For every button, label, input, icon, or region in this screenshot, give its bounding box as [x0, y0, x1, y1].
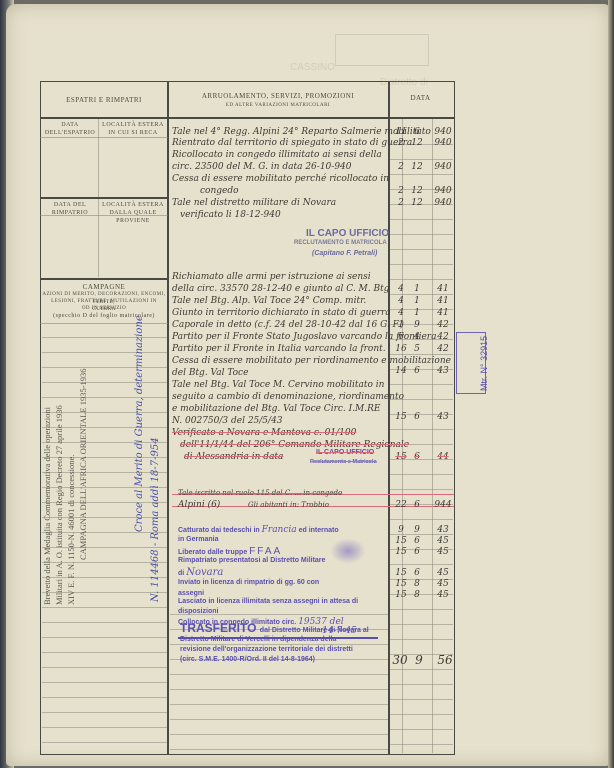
struck-entry: dell'11/1/44 del 206° Comando Militare R…	[180, 440, 409, 451]
date-year: 41	[432, 296, 454, 306]
leave-line: Inviato in licenza di rimpatrio di gg. 6…	[178, 579, 319, 586]
entry-text: del Btg. Val Toce	[172, 368, 248, 379]
date-year: 940	[432, 198, 454, 208]
date-year: 944	[432, 500, 454, 510]
entry-text: Richiamato alle armi per istruzione ai s…	[172, 272, 371, 283]
ghost-box	[335, 34, 429, 66]
struck-inscription: Tale iscritto nel ruolo 115 del C. ... i…	[178, 488, 342, 499]
date-year: 940	[432, 162, 454, 172]
campaign-medal-line2: Militari in A. O. istituita con Regio De…	[54, 405, 64, 605]
entry-text: Giunto in territorio dichiarato in stato…	[172, 308, 391, 319]
date-year: 43	[432, 366, 454, 376]
transfer-line1: dal Distretto Militare di Novara al	[260, 627, 369, 634]
entry-text: Tale nel distretto militare di Novara	[172, 198, 336, 209]
entry-text: Ricollocato in congedo illimitato ai sen…	[172, 150, 382, 161]
date-month: 12	[406, 186, 428, 196]
date-year: 940	[432, 127, 454, 137]
date-month: 12	[406, 138, 428, 148]
struck-residence: Gli abitanti in: Trobbio	[248, 500, 329, 511]
date-year: 42	[432, 332, 454, 342]
liberated-label: Liberato dalle truppe	[178, 549, 247, 556]
office-stamp-signature: (Capitano F. Petrali)	[312, 250, 377, 257]
stamp2-title: IL CAPO UFFICIO	[316, 449, 374, 456]
date-month: 4	[406, 332, 428, 342]
district-line: di Novara	[178, 567, 223, 578]
entry-text: e mobilitazione del Btg. Val Toce Circ. …	[172, 404, 380, 415]
date-month: 9	[406, 525, 428, 535]
ink-smudge	[330, 538, 366, 564]
rimpatri-top	[40, 197, 168, 199]
date-month: 1	[406, 308, 428, 318]
transfer-line2: Distretto Militare di Vercelli in dipend…	[180, 636, 336, 643]
date-year: 45	[432, 590, 454, 600]
repatriated-line: Rimpatriato presentatosi al Distretto Mi…	[178, 557, 325, 564]
entry-text: Cessa di essere mobilitato perché ricoll…	[172, 174, 389, 185]
district-label: di	[178, 570, 184, 577]
date-year: 43	[432, 525, 454, 535]
struck-entry: di Alessandria in data	[184, 452, 283, 463]
subheader-line	[40, 137, 168, 138]
date-month: 6	[406, 412, 428, 422]
transfer-title: TRASFERITO dal Distretto Militare di Nov…	[180, 621, 369, 635]
date-year: 45	[432, 579, 454, 589]
date-month: 8	[406, 579, 428, 589]
date-month: 12	[406, 162, 428, 172]
campaign-medal-line4: CAMPAGNA DELL'AFRICA ORIENTALE 1935-1936	[78, 368, 88, 560]
date-month: 6	[406, 366, 428, 376]
header-arruolamento: ARRUOLAMENTO, SERVIZI, PROMOZIONI	[168, 92, 388, 100]
district-name: Novara	[186, 567, 223, 578]
dispositions-line: disposizioni	[178, 608, 218, 615]
date-year: 42	[432, 320, 454, 330]
entry-text: della circ. 33570 28-12-40 e giunto al C…	[172, 284, 389, 295]
header-localita-espatrio: Località estera in cui si reca	[100, 121, 166, 137]
header-data-rimpatrio: Data del rimpatrio	[42, 201, 98, 217]
campagne-line4: (specchio D del foglio matricolare)	[40, 312, 168, 320]
capture-place: Francia	[262, 525, 297, 535]
matricola-stamp: Mtr. N° 32915	[456, 332, 486, 394]
transfer-heading: TRASFERITO	[180, 621, 256, 635]
office-stamp-dept: RECLUTAMENTO E MATRICOLA	[294, 240, 387, 246]
col-divider	[167, 81, 169, 755]
transfer-line3: revisione dell'organizzazione territoria…	[180, 646, 353, 653]
ghost-text-mid: CASSINO	[290, 62, 335, 73]
date-year: 45	[432, 568, 454, 578]
header-data: DATA	[388, 94, 453, 102]
office-stamp-title: IL CAPO UFFICIO	[306, 228, 389, 239]
header-espatri: ESPATRI E RIMPATRI	[40, 96, 168, 104]
capture-line: Catturato dai tedeschi in Francia ed int…	[178, 525, 339, 536]
liberating-troops: FFAA	[249, 546, 282, 557]
date-year: 41	[432, 284, 454, 294]
date-month: 6	[406, 547, 428, 557]
date-month: 6	[406, 127, 428, 137]
date-year: 42	[432, 344, 454, 354]
date-year: 56	[434, 653, 456, 667]
war-cross-line1: Croce al Merito di Guerra, determinazion…	[134, 315, 145, 532]
date-year: 44	[432, 452, 454, 462]
entry-text: Caporale in detto (c.f. 24 del 28-10-42 …	[172, 320, 404, 331]
campagne-title: CAMPAGNE	[40, 283, 168, 291]
capture-label: Catturato dai tedeschi in	[178, 527, 260, 534]
date-month: 1	[406, 284, 428, 294]
page-edge	[608, 0, 614, 768]
date-year: 45	[432, 536, 454, 546]
entry-text: N. 002750/3 del 25/5/43	[172, 416, 283, 427]
entry-text: circ. 23500 del M. G. in data 26-10-940	[172, 162, 352, 173]
entry-text: Tale nel Btg. Alp. Val Toce 24° Comp. mi…	[172, 296, 366, 307]
transfer-line4: (circ. S.M.E. 1400-R/Ord. II del 14-8-19…	[180, 656, 315, 663]
struck-entry: Verificato a Novara e Mantova c. 01/100	[172, 428, 356, 439]
war-cross-line2: N. 114468 - Roma addì 18-7-954	[150, 437, 161, 602]
entry-text: Rientrato dal territorio di spiegato in …	[172, 138, 412, 149]
date-month: 6	[406, 500, 428, 510]
campaign-medal-line3: XIV E. F. N. 1150-N. 46001 di concession…	[66, 455, 76, 605]
campaign-medal-line1: Brevetto della Medaglia Commemorativa de…	[42, 407, 52, 605]
header-localita-rimpatrio: Località estera dalla quale proviene	[100, 201, 166, 225]
date-month: 8	[406, 590, 428, 600]
date-month: 6	[406, 568, 428, 578]
campagne-top	[40, 278, 168, 280]
assegni-line: assegni	[178, 590, 204, 597]
entry-text: Partito per il Fronte in Italia varcando…	[172, 344, 386, 355]
date-year: 41	[432, 308, 454, 318]
entry-text: verificato li 18-12-940	[180, 210, 281, 221]
date-month: 6	[406, 536, 428, 546]
header-data-espatrio: Data dell'espatrio	[42, 121, 98, 137]
date-month: 1	[406, 296, 428, 306]
germany-line: in Germania	[178, 536, 218, 543]
date-year: 940	[432, 138, 454, 148]
interned-label: ed internato	[299, 527, 339, 534]
date-year: 940	[432, 186, 454, 196]
date-month: 6	[406, 452, 428, 462]
matricola-number: Mtr. N° 32915	[479, 336, 489, 391]
date-month: 9	[408, 653, 430, 667]
stamp2-dept: Reclutamento e Matricola	[310, 459, 377, 465]
date-year: 43	[432, 412, 454, 422]
header-bottom	[40, 117, 455, 119]
date-year: 45	[432, 547, 454, 557]
date-month: 12	[406, 198, 428, 208]
liberated-line: Liberato dalle truppe FFAA	[178, 546, 282, 557]
date-month: 5	[406, 344, 428, 354]
entry-text: seguito a cambio di denominazione, riord…	[172, 392, 404, 403]
unlimited-leave-line: Lasciato in licenza illimitata senza ass…	[178, 598, 358, 605]
entry-text: Tale nel Btg. Val Toce M. Cervino mobili…	[172, 380, 384, 391]
header-arruolamento-sub: ED ALTRE VARIAZIONI MATRICOLARI	[168, 102, 388, 110]
struck-unit: Alpini (6)	[178, 500, 220, 511]
date-month: 9	[406, 320, 428, 330]
entry-text: congedo	[200, 186, 239, 197]
